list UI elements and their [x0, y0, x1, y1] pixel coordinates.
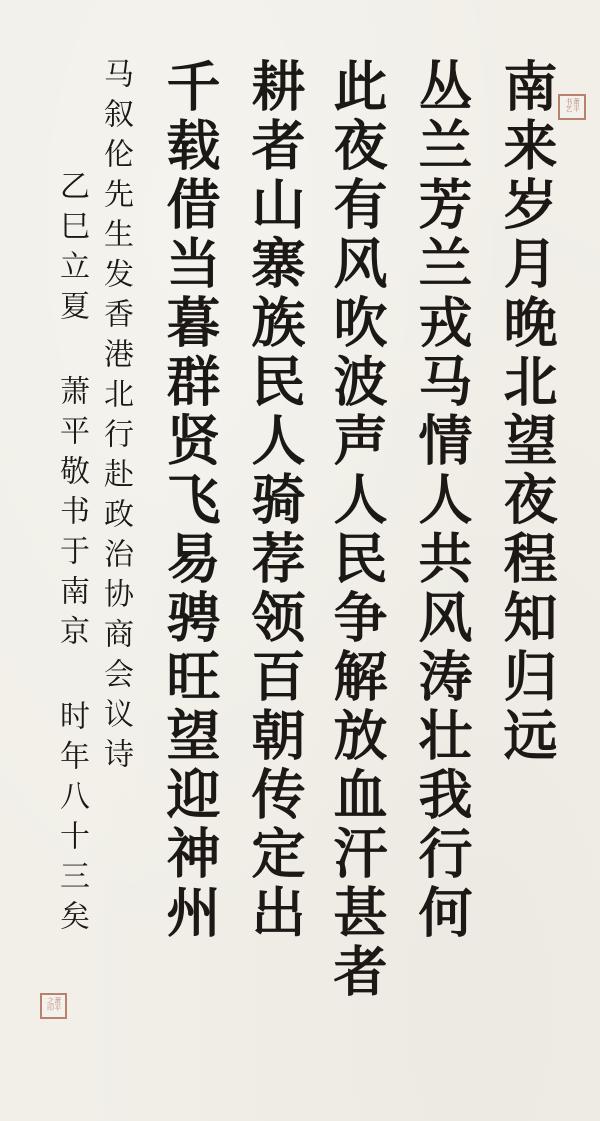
inscription-column-2: 乙巳立夏 萧平敬书于南京 时年八十三矣: [56, 170, 86, 940]
seal-stamp-bottom: 萧平之印: [40, 993, 67, 1019]
poem-column-2: 丛兰芳兰戎马情人共风涛壮我行何: [415, 58, 469, 943]
poem-column-5: 千载借当暮群贤飞易骋旺望迎神州: [163, 58, 217, 943]
seal-text: 萧平之印: [46, 997, 61, 1015]
poem-column-3: 此夜有风吹波声人民争解放血汗甚者: [330, 58, 384, 1002]
poem-column-1: 南来岁月晚北望夜程知归远: [500, 58, 554, 766]
seal-text: 萧平书艺: [565, 98, 580, 116]
poem-column-4: 耕者山寨族民人骑荐领百朝传定出: [248, 58, 302, 943]
calligraphy-scroll: 南来岁月晚北望夜程知归远 丛兰芳兰戎马情人共风涛壮我行何 此夜有风吹波声人民争解…: [0, 0, 600, 1121]
inscription-column-1: 马叙伦先生发香港北行赴政治协商会议诗: [100, 58, 130, 778]
seal-stamp-top: 萧平书艺: [558, 94, 586, 120]
